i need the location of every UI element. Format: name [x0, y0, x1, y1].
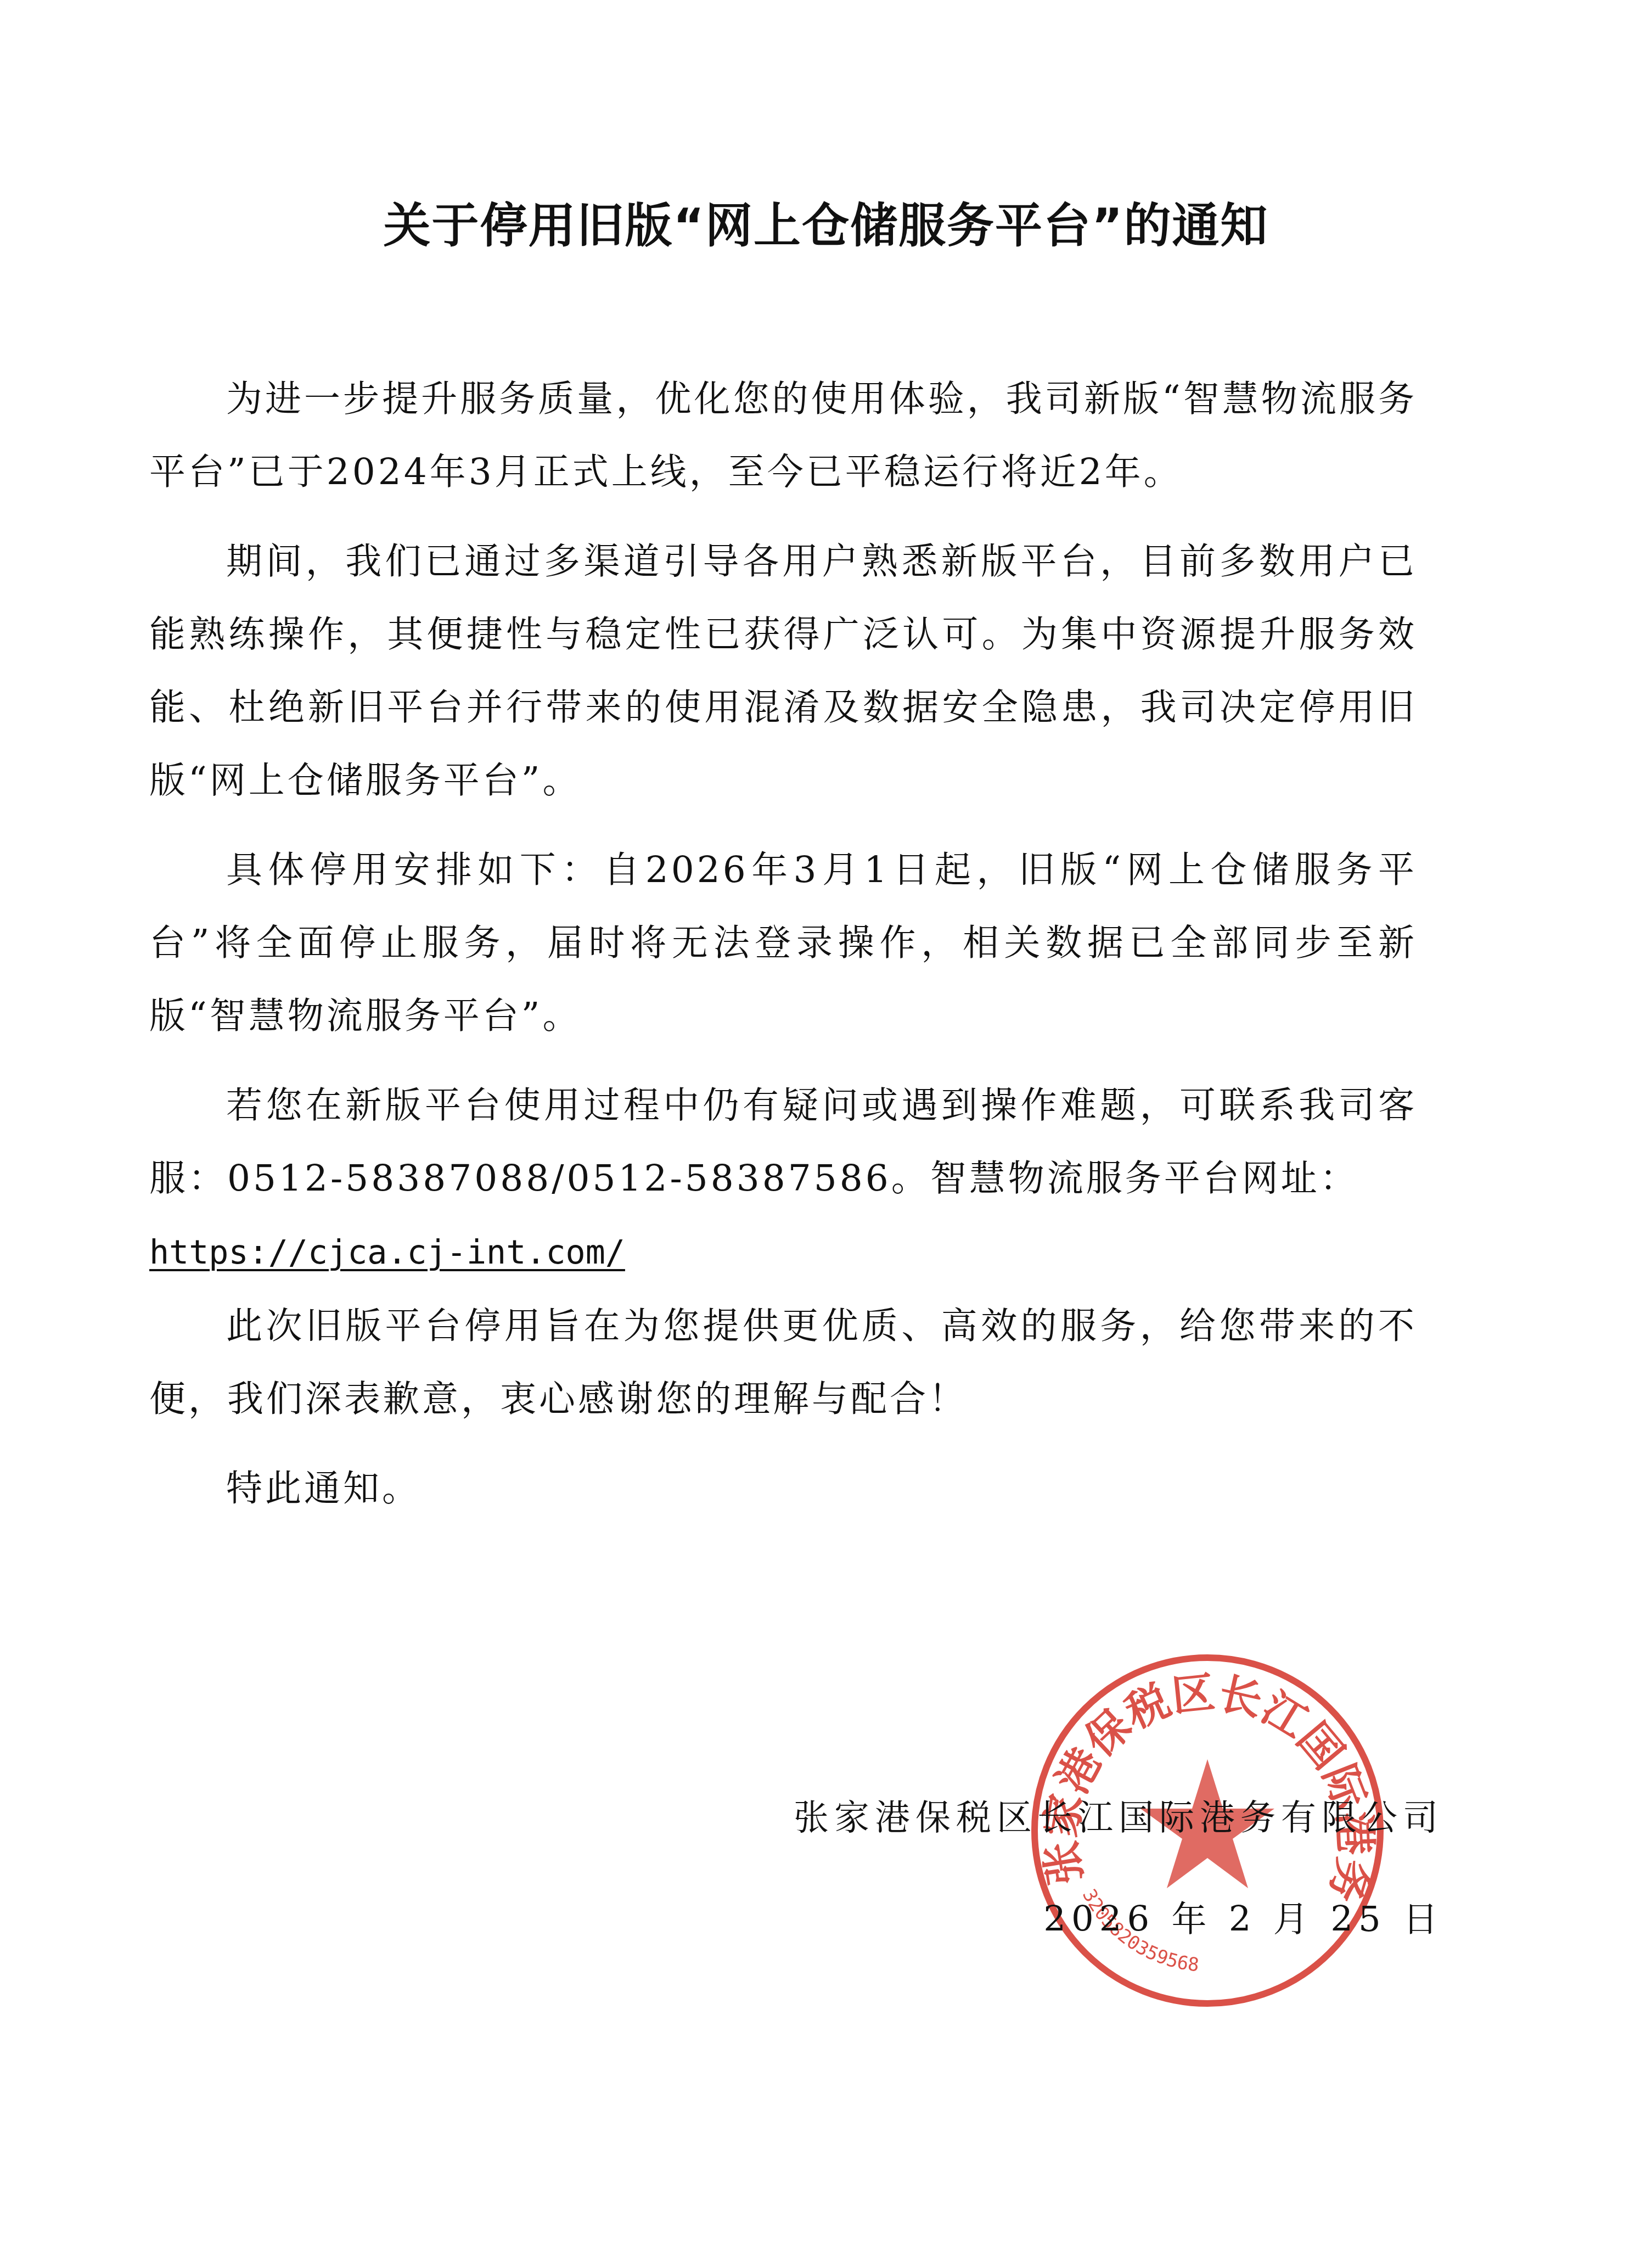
signature-date: 2026 年 2 月 25 日 — [1043, 1891, 1443, 1941]
document-body: 为进一步提升服务质量，优化您的使用体验，我司新版“智慧物流服务平台”已于2024… — [149, 362, 1417, 1525]
paragraph-launch: 为进一步提升服务质量，优化您的使用体验，我司新版“智慧物流服务平台”已于2024… — [149, 362, 1417, 508]
paragraph-background: 期间，我们已通过多渠道引导各用户熟悉新版平台，目前多数用户已能熟练操作，其便捷性… — [149, 525, 1417, 817]
paragraph-schedule: 具体停用安排如下：自2026年3月1日起，旧版“网上仓储服务平台”将全面停止服务… — [149, 833, 1417, 1052]
paragraph-contact: 若您在新版平台使用过程中仍有疑问或遇到操作难题，可联系我司客服：0512-583… — [149, 1069, 1417, 1289]
paragraph-apology: 此次旧版平台停用旨在为您提供更优质、高效的服务，给您带来的不便，我们深表歉意，衷… — [149, 1289, 1417, 1435]
contact-text: 若您在新版平台使用过程中仍有疑问或遇到操作难题，可联系我司客服：0512-583… — [149, 1084, 1417, 1199]
signature-company: 张家港保税区长江国际港务有限公司 — [794, 1789, 1443, 1840]
paragraph-closing: 特此通知。 — [149, 1452, 1417, 1525]
platform-url-link[interactable]: https://cjca.cj-int.com/ — [149, 1233, 625, 1272]
document-title: 关于停用旧版“网上仓储服务平台”的通知 — [0, 193, 1652, 259]
notice-page: 关于停用旧版“网上仓储服务平台”的通知 为进一步提升服务质量，优化您的使用体验，… — [0, 0, 1652, 2262]
